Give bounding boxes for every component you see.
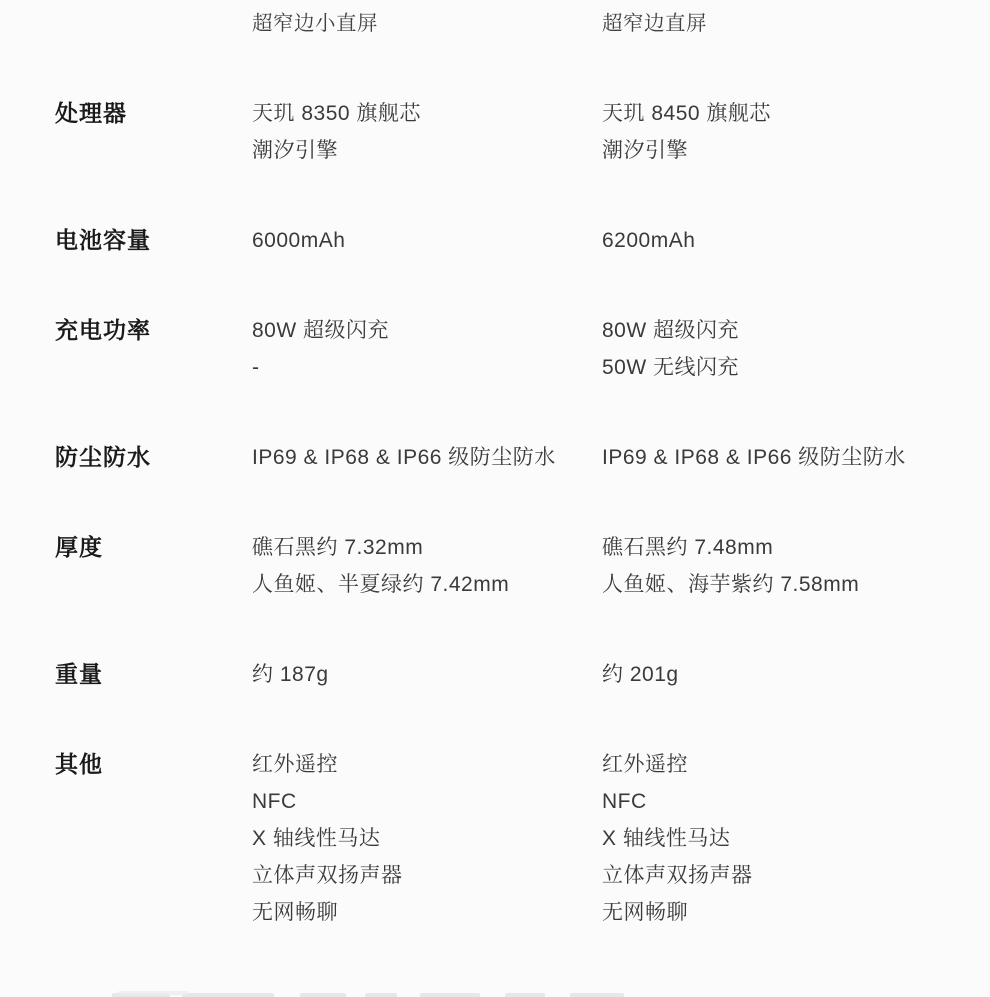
spec-row-charging: 充电功率 80W 超级闪充 - 80W 超级闪充 50W 无线闪充 bbox=[55, 312, 990, 386]
variant-a-header-cell: 超窄边小直屏 bbox=[252, 5, 602, 42]
spec-row-label: 处理器 bbox=[55, 95, 252, 169]
spec-row-others: 其他 红外遥控 NFC X 轴线性马达 立体声双扬声器 无网畅聊 红外遥控 NF… bbox=[55, 746, 990, 931]
spec-value-line: 6200mAh bbox=[602, 222, 990, 259]
spec-value-cell: IP69 & IP68 & IP66 级防尘防水 bbox=[602, 439, 990, 476]
variant-b-name: 超窄边直屏 bbox=[602, 5, 990, 42]
spec-value-line: NFC bbox=[252, 783, 602, 820]
spec-value-line: 红外遥控 bbox=[602, 746, 990, 783]
spec-value-line: 无网畅聊 bbox=[602, 894, 990, 931]
spec-value-line: 立体声双扬声器 bbox=[602, 857, 990, 894]
cropped-text-fragment bbox=[182, 993, 274, 997]
spec-row-label: 防尘防水 bbox=[55, 439, 252, 476]
spec-value-line: NFC bbox=[602, 783, 990, 820]
spec-value-cell: 80W 超级闪充 - bbox=[252, 312, 602, 386]
spec-row-label: 充电功率 bbox=[55, 312, 252, 386]
variant-a-name: 超窄边小直屏 bbox=[252, 5, 602, 42]
cropped-text-fragment bbox=[365, 993, 397, 997]
spec-value-line: 6000mAh bbox=[252, 222, 602, 259]
spec-row-processor: 处理器 天玑 8350 旗舰芯 潮汐引擎 天玑 8450 旗舰芯 潮汐引擎 bbox=[55, 95, 990, 169]
spec-value-line: 潮汐引擎 bbox=[602, 132, 990, 169]
cropped-text-fragment bbox=[505, 993, 545, 997]
spec-value-line: 潮汐引擎 bbox=[252, 132, 602, 169]
spec-row-battery: 电池容量 6000mAh 6200mAh bbox=[55, 222, 990, 259]
spec-value-cell: 礁石黑约 7.32mm 人鱼姬、半夏绿约 7.42mm bbox=[252, 529, 602, 603]
spec-value-cell: 6000mAh bbox=[252, 222, 602, 259]
spec-value-line: 天玑 8450 旗舰芯 bbox=[602, 95, 990, 132]
spec-value-line: X 轴线性马达 bbox=[252, 820, 602, 857]
spec-row-ip-rating: 防尘防水 IP69 & IP68 & IP66 级防尘防水 IP69 & IP6… bbox=[55, 439, 990, 476]
spec-value-cell: 约 187g bbox=[252, 656, 602, 693]
spec-value-line: 无网畅聊 bbox=[252, 894, 602, 931]
cropped-text-fragment bbox=[118, 991, 188, 995]
spec-value-cell: IP69 & IP68 & IP66 级防尘防水 bbox=[252, 439, 602, 476]
spec-value-line: 礁石黑约 7.48mm bbox=[602, 529, 990, 566]
spec-value-line: 约 187g bbox=[252, 656, 602, 693]
cropped-text-fragment bbox=[570, 993, 624, 997]
spec-row-label: 其他 bbox=[55, 746, 252, 931]
spec-value-cell: 天玑 8450 旗舰芯 潮汐引擎 bbox=[602, 95, 990, 169]
spec-value-cell: 红外遥控 NFC X 轴线性马达 立体声双扬声器 无网畅聊 bbox=[252, 746, 602, 931]
spec-value-line: 天玑 8350 旗舰芯 bbox=[252, 95, 602, 132]
spec-value-line: 80W 超级闪充 bbox=[602, 312, 990, 349]
spec-row-label: 电池容量 bbox=[55, 222, 252, 259]
spec-row-label: 厚度 bbox=[55, 529, 252, 603]
spec-value-line: 红外遥控 bbox=[252, 746, 602, 783]
cropped-text-fragment bbox=[420, 993, 480, 997]
spec-header-row: 超窄边小直屏 超窄边直屏 bbox=[55, 5, 990, 42]
spec-row-thickness: 厚度 礁石黑约 7.32mm 人鱼姬、半夏绿约 7.42mm 礁石黑约 7.48… bbox=[55, 529, 990, 603]
spec-value-line: - bbox=[252, 349, 602, 386]
spec-value-line: X 轴线性马达 bbox=[602, 820, 990, 857]
spec-value-cell: 6200mAh bbox=[602, 222, 990, 259]
cropped-text-fragment bbox=[300, 993, 346, 997]
cropped-next-row bbox=[0, 989, 990, 997]
spec-value-line: 80W 超级闪充 bbox=[252, 312, 602, 349]
spec-value-cell: 约 201g bbox=[602, 656, 990, 693]
spec-value-line: 约 201g bbox=[602, 656, 990, 693]
spec-value-cell: 80W 超级闪充 50W 无线闪充 bbox=[602, 312, 990, 386]
variant-b-header-cell: 超窄边直屏 bbox=[602, 5, 990, 42]
spec-value-cell: 红外遥控 NFC X 轴线性马达 立体声双扬声器 无网畅聊 bbox=[602, 746, 990, 931]
spec-value-line: 人鱼姬、半夏绿约 7.42mm bbox=[252, 566, 602, 603]
spec-value-line: 立体声双扬声器 bbox=[252, 857, 602, 894]
spec-value-cell: 天玑 8350 旗舰芯 潮汐引擎 bbox=[252, 95, 602, 169]
spec-row-label: 重量 bbox=[55, 656, 252, 693]
spec-value-line: 人鱼姬、海芋紫约 7.58mm bbox=[602, 566, 990, 603]
spec-value-line: IP69 & IP68 & IP66 级防尘防水 bbox=[602, 439, 990, 476]
spec-value-line: 礁石黑约 7.32mm bbox=[252, 529, 602, 566]
spec-row-weight: 重量 约 187g 约 201g bbox=[55, 656, 990, 693]
spec-value-line: 50W 无线闪充 bbox=[602, 349, 990, 386]
spec-value-cell: 礁石黑约 7.48mm 人鱼姬、海芋紫约 7.58mm bbox=[602, 529, 990, 603]
spec-value-line: IP69 & IP68 & IP66 级防尘防水 bbox=[252, 439, 602, 476]
spec-comparison-table: 超窄边小直屏 超窄边直屏 处理器 天玑 8350 旗舰芯 潮汐引擎 天玑 845… bbox=[55, 5, 990, 984]
spec-header-spacer bbox=[55, 5, 252, 42]
